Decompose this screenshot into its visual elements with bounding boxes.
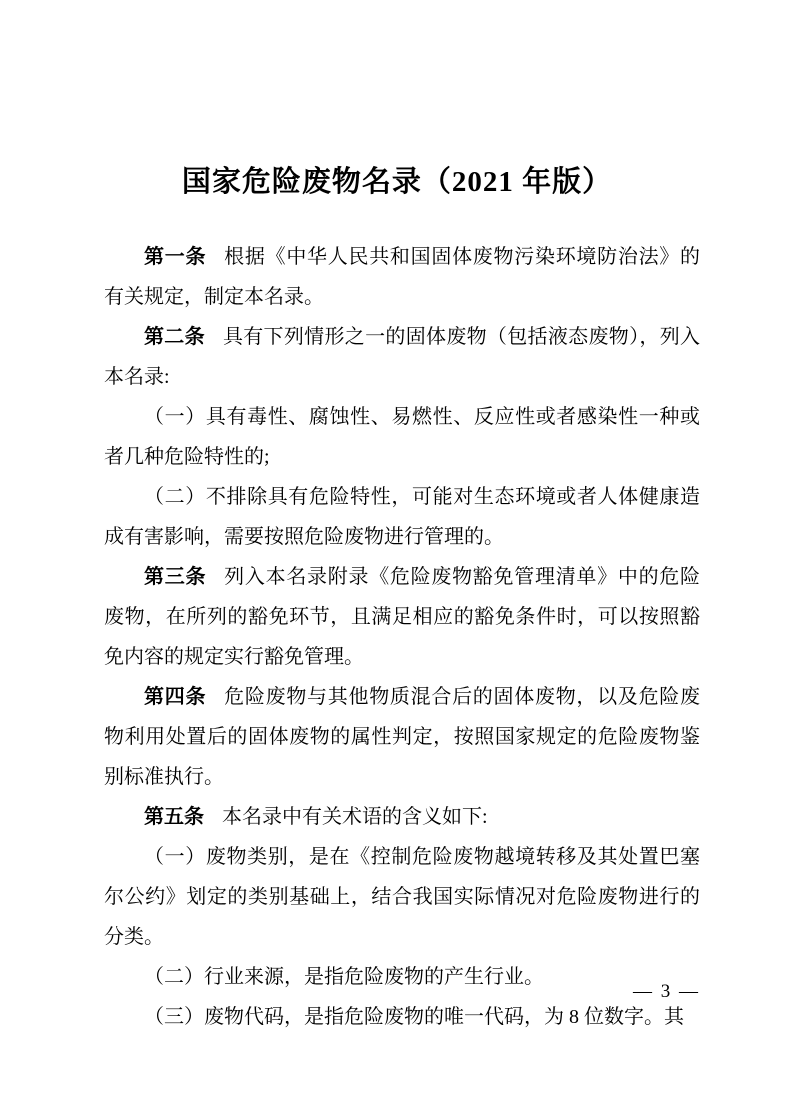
paragraph-item-2-2: （二）不排除具有危险特性，可能对生态环境或者人体健康造成有害影响，需要按照危险废…	[104, 477, 700, 557]
paragraph-text: （一）具有毒性、腐蚀性、易燃性、反应性或者感染性一种或者几种危险特性的;	[104, 406, 700, 468]
paragraph-text: 本名录中有关术语的含义如下:	[222, 806, 488, 828]
document-title: 国家危险废物名录（2021 年版）	[0, 163, 794, 201]
article-number: 第一条	[144, 246, 206, 268]
paragraph-text: （二）不排除具有危险特性，可能对生态环境或者人体健康造成有害影响，需要按照危险废…	[104, 486, 700, 548]
page-number: — 3 —	[104, 980, 700, 1004]
paragraph-article-5: 第五条本名录中有关术语的含义如下:	[104, 797, 700, 837]
article-number: 第四条	[144, 686, 206, 708]
paragraph-article-3: 第三条列入本名录附录《危险废物豁免管理清单》中的危险废物，在所列的豁免环节，且满…	[104, 557, 700, 677]
document-page: 国家危险废物名录（2021 年版） 第一条根据《中华人民共和国固体废物污染环境防…	[0, 0, 794, 1108]
paragraph-item-5-1: （一）废物类别，是在《控制危险废物越境转移及其处置巴塞尔公约》划定的类别基础上，…	[104, 837, 700, 957]
article-number: 第二条	[144, 326, 205, 348]
paragraph-text: （三）废物代码，是指危险废物的唯一代码，为 8 位数字。其	[144, 1006, 684, 1028]
document-body: 第一条根据《中华人民共和国固体废物污染环境防治法》的有关规定，制定本名录。 第二…	[104, 237, 700, 1037]
paragraph-text: （一）废物类别，是在《控制危险废物越境转移及其处置巴塞尔公约》划定的类别基础上，…	[104, 846, 700, 948]
paragraph-article-2: 第二条具有下列情形之一的固体废物（包括液态废物），列入本名录:	[104, 317, 700, 397]
paragraph-article-4: 第四条危险废物与其他物质混合后的固体废物，以及危险废物利用处置后的固体废物的属性…	[104, 677, 700, 797]
paragraph-item-2-1: （一）具有毒性、腐蚀性、易燃性、反应性或者感染性一种或者几种危险特性的;	[104, 397, 700, 477]
article-number: 第三条	[144, 566, 206, 588]
article-number: 第五条	[144, 806, 204, 828]
paragraph-article-1: 第一条根据《中华人民共和国固体废物污染环境防治法》的有关规定，制定本名录。	[104, 237, 700, 317]
